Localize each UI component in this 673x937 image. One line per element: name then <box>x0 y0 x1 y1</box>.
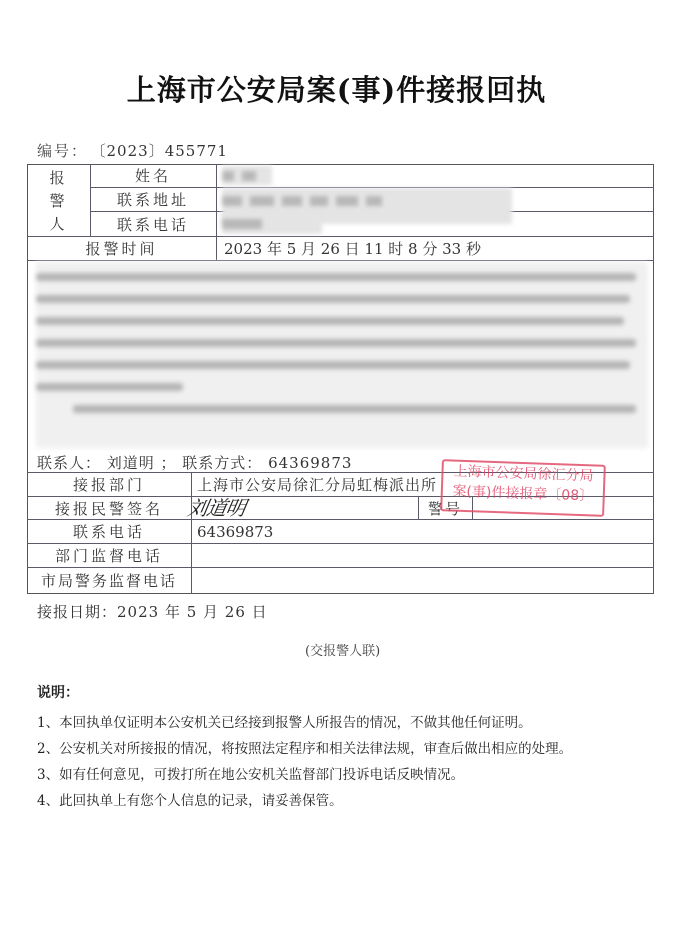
notes-title: 说明： <box>37 682 79 702</box>
reporter-group-label-2: 警 <box>27 189 90 211</box>
city-supervision-label: 市局警务监督电话 <box>27 568 191 593</box>
document-title: 上海市公安局案(事)件接报回执 <box>0 68 673 109</box>
name-value-redacted <box>222 166 272 185</box>
officer-signature: 刘道明 <box>185 492 247 521</box>
dept-label: 接报部门 <box>27 473 191 496</box>
official-seal: 上海市公安局徐汇分局 案(事)件接报章〔08〕 <box>440 459 606 517</box>
address-label: 联系地址 <box>90 188 216 211</box>
serial-number: 编号：〔2023〕455771 <box>37 140 228 161</box>
officer-phone-value: 64369873 <box>197 520 397 543</box>
contact-line: 联系人： 刘道明 ； 联系方式： 64369873 <box>37 452 352 473</box>
dept-supervision-label: 部门监督电话 <box>27 544 191 567</box>
note-item: 4、此回执单上有您个人信息的记录，请妥善保管。 <box>37 788 572 814</box>
report-time-label: 报警时间 <box>27 237 216 260</box>
notes-list: 1、本回执单仅证明本公安机关已经接到报警人所报告的情况，不做其他任何证明。 2、… <box>37 710 572 814</box>
case-summary-redacted <box>36 262 648 448</box>
officer-sign-label: 接报民警签名 <box>27 497 191 519</box>
phone-label: 联系电话 <box>90 212 216 236</box>
name-label: 姓名 <box>90 164 216 187</box>
divider <box>191 472 192 594</box>
phone-value-redacted <box>222 214 322 234</box>
seal-line-2: 案(事)件接报章〔08〕 <box>442 481 603 507</box>
serial-label: 编号： <box>37 142 88 160</box>
note-item: 3、如有任何意见，可拨打所在地公安机关监督部门投诉电话反映情况。 <box>37 762 572 788</box>
divider <box>216 164 217 260</box>
serial-value: 〔2023〕455771 <box>98 142 228 160</box>
officer-phone-label: 联系电话 <box>27 520 191 543</box>
receipt-date: 接报日期：2023 年 5 月 26 日 <box>37 601 268 622</box>
reporter-group-label-1: 报 <box>27 166 90 188</box>
copy-note: (交报警人联) <box>305 640 380 659</box>
report-time-value: 2023 年 5 月 26 日 11 时 8 分 33 秒 <box>224 237 644 260</box>
divider <box>27 260 654 261</box>
reporter-group-label-3: 人 <box>27 212 90 234</box>
note-item: 2、公安机关对所接报的情况，将按照法定程序和相关法律法规，审查后做出相应的处理。 <box>37 736 572 762</box>
note-item: 1、本回执单仅证明本公安机关已经接到报警人所报告的情况，不做其他任何证明。 <box>37 710 572 736</box>
